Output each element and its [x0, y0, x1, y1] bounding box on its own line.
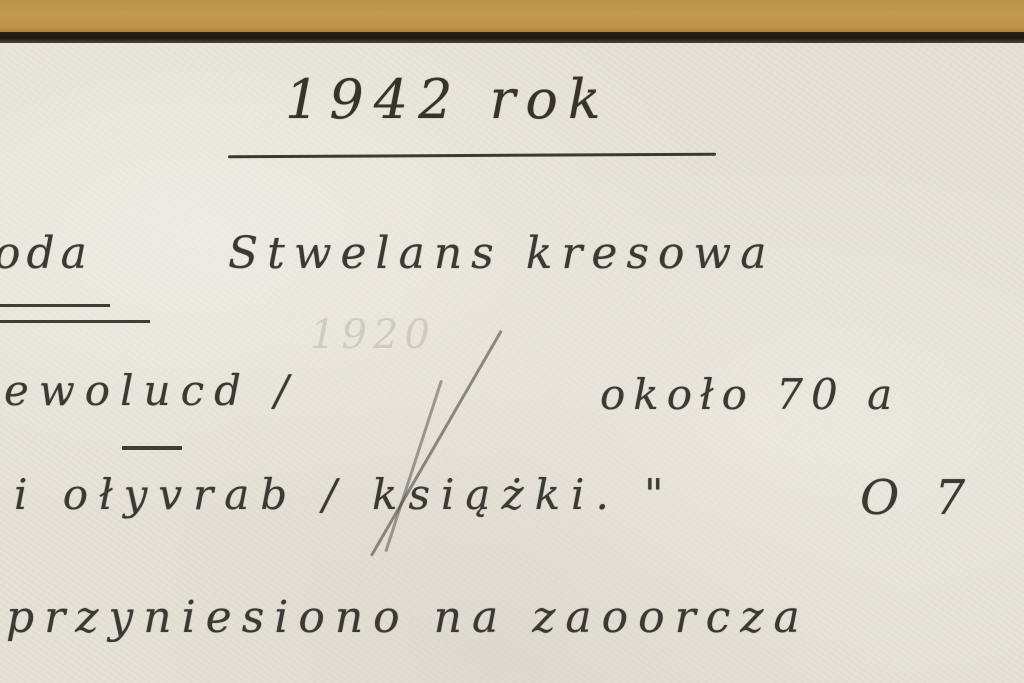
frame-shadow — [0, 32, 1024, 43]
line-1-text: Stwelans kresowa — [228, 228, 775, 279]
margin-double-underline-top — [0, 304, 110, 307]
page-title-year: 1942 rok — [285, 68, 611, 131]
line-2-left-text: ewolucd / — [4, 366, 298, 415]
line-3-left-text: i ołyvrab / książki. " — [14, 470, 675, 519]
line-1-left-fragment: oda — [0, 228, 93, 279]
margin-double-underline-bottom — [0, 320, 150, 323]
wooden-frame-edge — [0, 0, 1024, 34]
faint-bleed-through-text: 1920 — [310, 312, 436, 358]
dash-mark — [122, 446, 182, 450]
line-4-text: przyniesiono na zaoorcza — [6, 592, 810, 643]
line-3-right-text: O 7 — [860, 470, 975, 526]
paper-sheet — [0, 43, 1024, 683]
line-2-right-text: około 70 a — [600, 370, 900, 419]
